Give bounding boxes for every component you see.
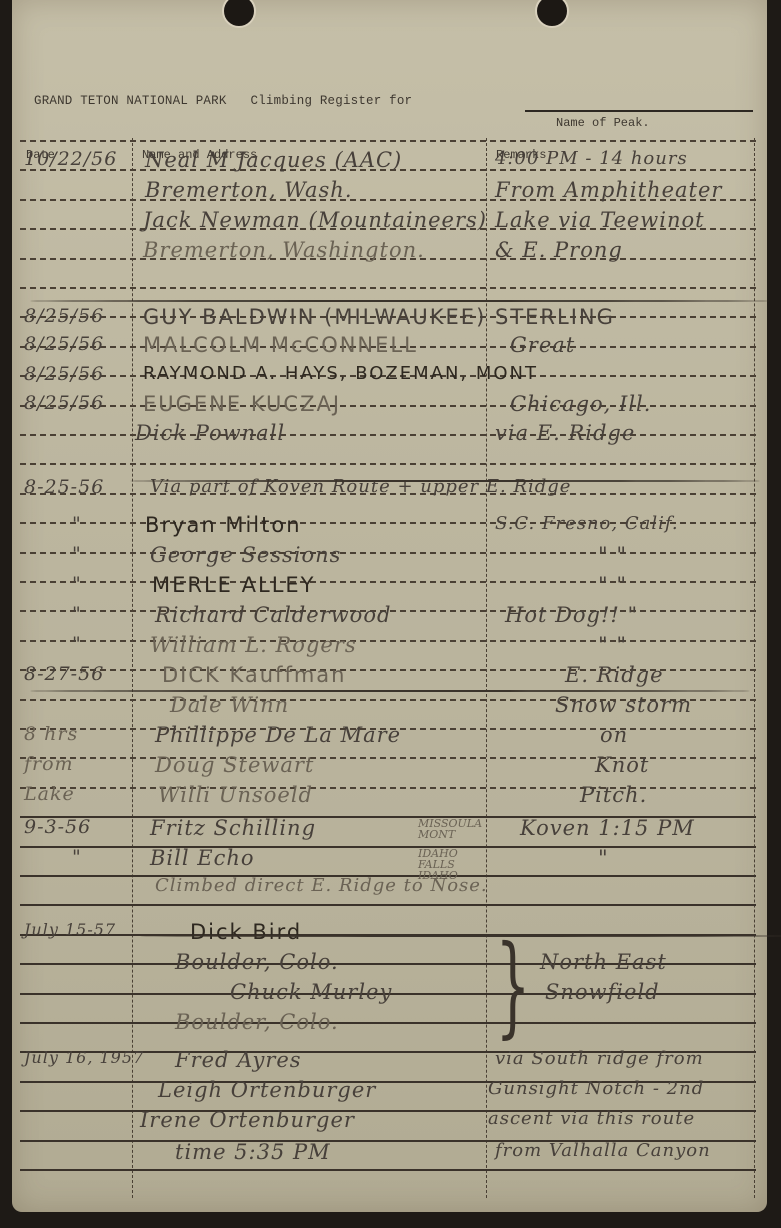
entry-date: "	[72, 633, 82, 655]
entry-date: Lake	[24, 783, 75, 805]
grouping-brace: }	[496, 930, 531, 1040]
entry-remarks: on	[600, 723, 628, 747]
entry-date: 8-25-56	[24, 476, 104, 498]
table-right-edge	[754, 138, 755, 1198]
entry-date: 10/22/56	[24, 148, 117, 170]
entry-name: Richard Calderwood	[155, 603, 391, 627]
ruled-line	[20, 287, 756, 289]
entry-remarks: " "	[598, 633, 627, 657]
entry-remarks: Chicago, Ill.	[510, 392, 651, 416]
entry-separator-line	[30, 300, 770, 302]
column-divider-date	[132, 138, 133, 1198]
entry-remarks: via E. Ridge	[495, 421, 635, 445]
entry-separator-line	[140, 935, 781, 937]
entry-remarks: Pitch.	[580, 783, 647, 807]
entry-date: 8/25/56	[24, 305, 104, 327]
entry-remarks: " "	[598, 543, 627, 567]
entry-remarks: Gunsight Notch - 2nd	[488, 1078, 704, 1099]
entry-date: "	[72, 543, 82, 565]
entry-date: "	[72, 513, 82, 535]
entry-name: time 5:35 PM	[175, 1140, 331, 1164]
entry-date: 8 hrs	[24, 723, 78, 745]
entry-name: GUY BALDWIN (MILWAUKEE)	[143, 305, 486, 329]
column-divider-remarks	[486, 138, 487, 1198]
entry-name: Willi Unsoeld	[158, 783, 313, 807]
register-label: Climbing Register for	[251, 94, 413, 108]
entry-date: July 15-57	[24, 920, 116, 939]
ruled-line	[20, 463, 756, 465]
entry-name: MERLE ALLEY	[152, 573, 315, 597]
punch-hole-left	[222, 0, 256, 28]
entry-name: Bill Echo	[150, 846, 255, 870]
ruled-line	[20, 1169, 756, 1171]
entry-name: Fred Ayres	[175, 1048, 302, 1072]
register-header: GRAND TETON NATIONAL PARKClimbing Regist…	[34, 94, 412, 108]
entry-hometown-note: MISSOULA MONT	[418, 818, 478, 840]
ruled-line	[20, 140, 756, 142]
entry-separator-line	[30, 690, 750, 692]
entry-date: 9-3-56	[24, 816, 91, 838]
entry-remarks: via South ridge from	[495, 1048, 704, 1069]
entry-name: Fritz Schilling	[150, 816, 316, 840]
entry-name: Dale Winn	[170, 693, 289, 717]
entry-remarks: Snow storm	[555, 693, 692, 717]
entry-name: Neal M Jacques (AAC)	[145, 148, 402, 172]
entry-name: Climbed direct E. Ridge to Nose.	[155, 875, 488, 896]
entry-name: Bremerton, Washington.	[143, 238, 425, 262]
entry-name: Phillippe De La Mare	[155, 723, 401, 747]
entry-name: Bryan Milton	[145, 513, 302, 537]
entry-name: MALCOLM McCONNELL	[143, 333, 418, 357]
peak-name-field	[525, 110, 753, 112]
entry-date: from	[24, 753, 74, 775]
entry-remarks: From Amphitheater	[495, 178, 722, 202]
entry-remarks: S.C. Fresno, Calif.	[495, 513, 679, 534]
ruled-line	[20, 1022, 756, 1024]
entry-name: Irene Ortenburger	[140, 1108, 355, 1132]
entry-date: 8/25/56	[24, 363, 104, 385]
peak-caption: Name of Peak.	[556, 116, 650, 130]
entry-remarks: Lake via Teewinot	[495, 208, 705, 232]
entry-name: William L. Rogers	[150, 633, 357, 657]
entry-remarks: E. Ridge	[565, 663, 664, 687]
punch-hole-right	[535, 0, 569, 28]
entry-remarks: Knot	[595, 753, 649, 777]
entry-name: Doug Stewart	[155, 753, 314, 777]
entry-date: July 16, 1957	[24, 1048, 144, 1067]
entry-name: Boulder, Colo.	[175, 950, 339, 974]
entry-remarks: Great	[510, 333, 575, 357]
entry-remarks: Koven 1:15 PM	[520, 816, 695, 840]
entry-name: DICK Kauffman	[162, 663, 346, 687]
entry-remarks: ascent via this route	[488, 1108, 695, 1129]
entry-date: 8-27-56	[24, 663, 104, 685]
park-name: GRAND TETON NATIONAL PARK	[34, 94, 227, 108]
entry-name: Bremerton, Wash.	[145, 178, 353, 202]
entry-name: EUGENE KUCZAJ	[143, 392, 341, 416]
entry-name: George Sessions	[150, 543, 341, 567]
entry-name: Jack Newman (Mountaineers)	[143, 208, 487, 232]
entry-name: Chuck Murley	[230, 980, 392, 1004]
ruled-line	[20, 640, 756, 642]
entry-name: Dick Pownall	[135, 421, 285, 445]
entry-date: "	[72, 846, 82, 868]
entry-remarks: "	[598, 846, 609, 870]
entry-remarks: STERLING	[495, 305, 615, 329]
entry-name: RAYMOND A. HAYS, BOZEMAN, MONT	[143, 363, 538, 384]
entry-date: 8/25/56	[24, 392, 104, 414]
entry-remarks: & E. Prong	[495, 238, 623, 262]
entry-name: Dick Bird	[190, 920, 302, 944]
entry-remarks: " "	[598, 573, 627, 597]
entry-date: "	[72, 573, 82, 595]
entry-remarks: North East	[540, 950, 667, 974]
entry-remarks: Hot Dog!! "	[505, 603, 638, 627]
ruled-line	[20, 552, 756, 554]
entry-remarks: from Valhalla Canyon	[495, 1140, 711, 1161]
ruled-line	[20, 581, 756, 583]
ruled-line	[20, 846, 756, 848]
ruled-line	[20, 904, 756, 906]
entry-separator-line	[130, 480, 760, 482]
entry-date: "	[72, 603, 82, 625]
entry-name: Leigh Ortenburger	[158, 1078, 376, 1102]
entry-name: Boulder, Colo.	[175, 1010, 339, 1034]
entry-remarks: 4:00 PM - 14 hours	[495, 148, 688, 169]
ruled-line	[20, 434, 756, 436]
entry-date: 8/25/56	[24, 333, 104, 355]
entry-remarks: Snowfield	[545, 980, 660, 1004]
